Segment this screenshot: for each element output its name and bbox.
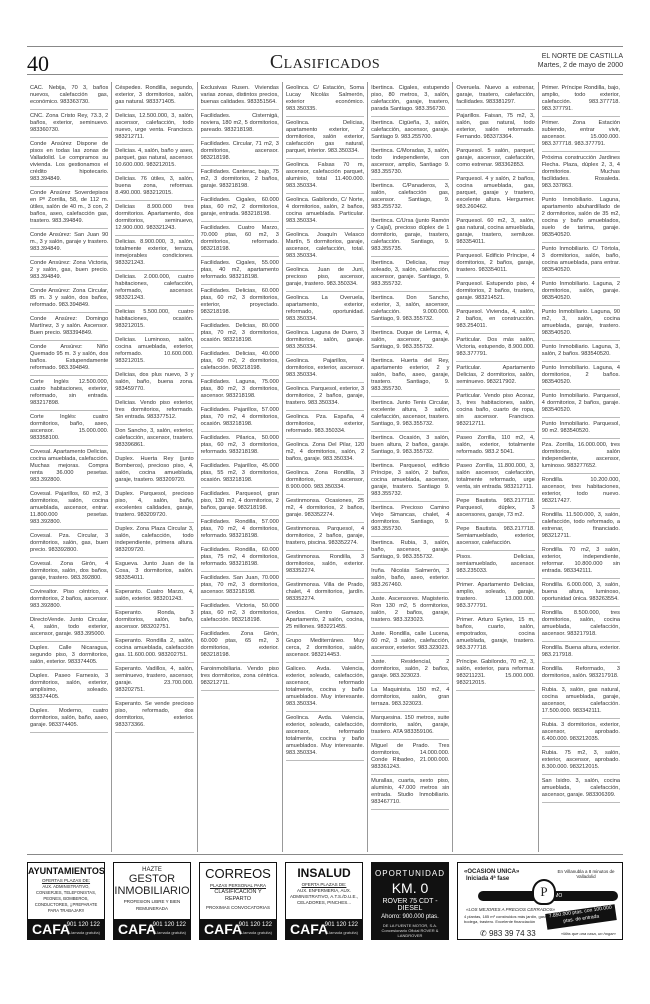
classified-ad: DirectoVende. Junto Circular, 4, salón, … — [30, 614, 108, 642]
cafa-footer: CAFA 901 120 122 (Llamada gratuita) — [114, 919, 190, 939]
ad-title: CORREOS — [200, 866, 276, 881]
classified-ad: Rubia. 75 m2, 3, salón, exterior, ascens… — [542, 747, 620, 775]
emblem-icon: P — [532, 879, 556, 905]
classified-ad: Pza. Zorrilla, 16.000.000, tres dormitor… — [542, 439, 620, 474]
classified-ad: Grupo Mediterráneo. Muy cerca, 2 dormito… — [286, 635, 364, 663]
classified-ad: Facilidades. Laguna, 75.000 ptas, 80 m2,… — [201, 376, 279, 404]
classified-ad: Primer. Príncipe Rondilla, bajo, amplio,… — [542, 82, 620, 117]
ad-footer: «Más que una casa, un hogar» — [561, 931, 616, 936]
masthead: EL NORTE DE CASTILLA Martes, 2 de mayo d… — [538, 52, 623, 70]
classified-ad: Delicias. 2.000.000, cuatro habitaciones… — [115, 271, 193, 306]
classified-ad: Pepe Bautista. 983.217718. Semiamueblado… — [456, 523, 534, 551]
classified-ad: Esperanto. Vadillos, 4, salón, seminuevo… — [115, 663, 193, 698]
classified-ad: Delicias. Vendo piso exterior, tres dorm… — [115, 397, 193, 425]
classified-ad: CAC. Nebija, 70 3, baños nuevos, calefac… — [30, 82, 108, 110]
classified-ad: Rondilla. 6.000.000, 3, salón, buena alt… — [542, 579, 620, 607]
classified-ad: Punto Inmobiliario. Laguna, 4 dormitorio… — [542, 362, 620, 390]
classified-ad: Geolinca. C/ Estación, Soma Lucay Nicolá… — [286, 82, 364, 117]
classified-ad: Geolinca. Joaquín Velasco Martín, 5 dorm… — [286, 229, 364, 264]
classified-ad: Galiceo. Avda. Valencia, exterior, solea… — [286, 663, 364, 712]
classified-ad: Pajarillos. Faisan, 75 m2, 3, salón, gas… — [456, 110, 534, 145]
classified-ad: Facilidades. San Juan, 70.000 ptas, 70 m… — [201, 572, 279, 600]
classified-ad: Geolinca. Gabilondo, C/ Norte, 4 dormito… — [286, 194, 364, 229]
classified-ad: Facilidades. Pilarica, 50.000 ptas, 60 m… — [201, 432, 279, 460]
ad-subtitle: OFERTAS PLAZAS DE: — [28, 878, 104, 883]
classified-ad: Parquesol. 4 y salón, 2 baños, cocina am… — [456, 173, 534, 215]
cafa-logo: CAFA — [32, 921, 70, 937]
ad-insalud: INSALUD OFERTA PLAZAS DE: AUX. ENFERMERI… — [285, 862, 363, 940]
classified-ad: Primer. Arturo Eyries, 15 m, baños, cuar… — [456, 614, 534, 656]
classified-ad: Geolinca. La Overuela, apartamento, exte… — [286, 292, 364, 327]
classified-ad: Primer. Zona Estación subiendo, entrar v… — [542, 117, 620, 152]
ad-saving: Ahorro: 900.000 ptas. — [372, 914, 448, 920]
classified-ad: Parquesol. Edificio Príncipe, 4 dormitor… — [456, 250, 534, 278]
classified-ad: Primer. Apartamento Delicias, amplio, so… — [456, 579, 534, 614]
classified-ad: Miguel de Prado. Tres dormitorios, 14.00… — [371, 740, 449, 775]
classified-ad: Céspedes. Rondilla, segundo, exterior, 3… — [115, 82, 193, 110]
classified-ad: CNC. Zona Cristo Rey, 73.3, 2 baños, ext… — [30, 110, 108, 138]
classified-ad: Conde Ansúrez Soverdepisos en Pº Zorrill… — [30, 187, 108, 229]
bottom-rule — [27, 854, 623, 855]
classified-ad: Facilidades. Pajarillos, 45.000 ptas, 55… — [201, 460, 279, 488]
ad-tagline: «LOS MEJORES A PRECIOS CERRADOS» — [466, 907, 555, 912]
ad-title: GESTOR — [114, 873, 190, 885]
classified-ad: Esperanto. Ronda, 3 dormitorios, salón, … — [115, 607, 193, 635]
classified-ad: San Isidro. 3, salón, cocina amueblada, … — [542, 775, 620, 803]
classified-ad: Delicias 5.500.000, cuatro habitaciones,… — [115, 306, 193, 334]
classified-ad: Duplex. Paseo Farnesio, 3 dormitorios, s… — [30, 670, 108, 705]
ad-phone-line: ✆ 983 39 74 33 — [480, 929, 536, 938]
ad-body: AUX. ADMINISTRATIVO, CONSERJES, TELEFONI… — [28, 884, 104, 914]
classified-ad: Duplex. Calle Nicaragua, segundo piso, 3… — [30, 642, 108, 670]
classified-ad: Ibertinca. Cigales, estupendo piso, 80 m… — [371, 82, 449, 117]
classified-ad: Paseo Zorrilla, 11.800.000, 3, salón asc… — [456, 460, 534, 495]
classified-ad: Juste. Residencial, 2 dormitorios, salón… — [371, 656, 449, 684]
classified-ad: Overuela. Nuevo a estrenar, garaje, tras… — [456, 82, 534, 110]
classified-ad: Geolinca. Zona Del Pilar, 120 m2, 4 dorm… — [286, 439, 364, 467]
display-ads: AYUNTAMIENTOS OFERTAS PLAZAS DE: AUX. AD… — [27, 862, 623, 942]
classified-ad: Geolinca. Laguna de Duero, 3 dormitorios… — [286, 327, 364, 355]
ad-body: AUX. ENFERMERIA, AUX. ADMINISTRATIVO, A.… — [286, 888, 362, 906]
classified-ad: Ibertinca. Cigüeña, 3, salón, calefacció… — [371, 117, 449, 145]
classified-ad: Facilidades. Delicias, 40.000 ptas, 60 m… — [201, 348, 279, 376]
top-rule — [27, 46, 623, 47]
classified-ad: Ibertinca. Ocasión, 3 salón, buen altura… — [371, 432, 449, 460]
classified-ad: Geolinca. Parquesol, exterior, 3 dormito… — [286, 383, 364, 411]
classified-ad: Ibertinca. C/Ursa (junto Ramón y Cajal),… — [371, 215, 449, 257]
classified-ad: Rondilla. Reformado, 3 dormitorios, saló… — [542, 663, 620, 684]
classified-ad: Duplex. Parquesol, precioso piso, 4, sal… — [115, 488, 193, 523]
ad-subheadline: Iniciada 4ª fase — [466, 876, 509, 882]
classified-ad: Rondilla. 10.200.000, ascensor, tres hab… — [542, 474, 620, 509]
cafa-footer: CAFA 901 120 122 (Llamada gratuita) — [286, 919, 362, 939]
classified-ad: Esperanto. Rondilla 2, salón, cocina amu… — [115, 635, 193, 663]
classified-column: Geolinca. C/ Estación, Soma Lucay Nicolá… — [283, 82, 368, 852]
ad-phone: 901 120 122 — [67, 922, 100, 928]
classified-ad: Facilidades. Parquesol, gran piso, 130 m… — [201, 488, 279, 516]
ad-title: AYUNTAMIENTOS — [28, 866, 104, 876]
ad-subtitle: OFERTA PLAZAS DE: — [286, 882, 362, 887]
classified-ad: Covesal. Apartamento Delicias, cocina am… — [30, 446, 108, 488]
ad-headline: KM. 0 — [372, 880, 448, 896]
classified-ad: Delicias, dos plus nuevo, 3 y salón, bañ… — [115, 369, 193, 397]
classified-ad: Facilidades. Cigales, 60.000 ptas, 60 m2… — [201, 194, 279, 222]
classified-ad: Facilidades. Cisternigá, noviera, 180 m2… — [201, 110, 279, 138]
classified-columns: CAC. Nebija, 70 3, baños nuevos, calefac… — [27, 82, 623, 852]
classified-ad: Facilidades. Delicias, 80.000 ptas, 70 m… — [201, 320, 279, 348]
classified-ad: Punto Inmobiliario. Laguna, 3, salón, 2 … — [542, 341, 620, 362]
classified-ad: Facilidades. Circular, 71 m2, 3 dormitor… — [201, 138, 279, 166]
classified-ad: Particular. Vendo piso Acoraz, 3, tres h… — [456, 390, 534, 432]
classified-ad: Duplex. Huerta Rey (junto Bomberos), pre… — [115, 453, 193, 488]
classified-ad: Esperanto. Cuatro Marzo, 4, salón, exter… — [115, 586, 193, 607]
ad-address: (Avda. Salamanca, 13. 983 400 400) — [372, 938, 448, 940]
classified-ad: Covesal. Pza. Circular, 3 dormitorios, s… — [30, 530, 108, 558]
classified-column: Overuela. Nuevo a estrenar, garaje, tras… — [453, 82, 538, 852]
classified-ad: Delicias. 4, salón, baño y aseo, parquet… — [115, 145, 193, 173]
classified-ad: Ibertinca. Delicias, muy soleado, 3, sal… — [371, 257, 449, 292]
header-rule — [27, 74, 623, 75]
classified-ad: Geolinca. Falsas 70 m, ascensor, calefac… — [286, 159, 364, 194]
classified-ad: Punto Inmobiliario. Parquesol, 90 m2. 98… — [542, 418, 620, 439]
classified-ad: Conde Ansúrez: San Juan 90 m., 3 y salón… — [30, 229, 108, 257]
classified-ad: Punto Inmobiliario. Laguna, apartamento … — [542, 194, 620, 243]
ad-body: PROFESION LIBRE Y BIEN REMUNERADA — [114, 898, 190, 912]
classified-ad: Delicias. 8.900.000, 3, salón, totalment… — [115, 236, 193, 271]
classified-ad: Facilidades. Cuatro Marzo, 70.000 ptas, … — [201, 222, 279, 257]
classified-ad: Parquesol. Vivienda, 4, salón, 2 baños, … — [456, 306, 534, 334]
ad-phone: 901 120 122 — [325, 922, 358, 928]
classified-ad: Facilidades. Delicias, 60.000 ptas, 60 m… — [201, 285, 279, 320]
classified-ad: Facilidades. Victoria, 50.000 ptas, 60 m… — [201, 600, 279, 628]
classified-ad: Juste. Ascensores. Magisterio. Ron 130 m… — [371, 593, 449, 628]
newspaper-name: EL NORTE DE CASTILLA — [538, 52, 623, 61]
classified-ad: Punto Inmobiliario. C/ Tórtola, 3 dormit… — [542, 243, 620, 278]
classified-ad: Conde Ansúrez Dispone de pisos en todas … — [30, 138, 108, 187]
classified-ad: Ibertinca. Precioso Camino Viejo Simanca… — [371, 502, 449, 537]
classified-ad: Delicias. Luminoso, salón, cocina amuebl… — [115, 334, 193, 369]
classified-ad: Punto Inmobiliario. Parquesol, 4 dormito… — [542, 390, 620, 418]
classified-ad: Corte Inglés: cuatro dormitorios, baño, … — [30, 411, 108, 446]
classified-ad: Rondilla. 11.500.000, 3, salón, calefacc… — [542, 509, 620, 544]
classified-column: Exclusivas Rusen. Viviendas varias zonas… — [198, 82, 283, 852]
classified-column: Céspedes. Rondilla, segundo, exterior, 3… — [112, 82, 197, 852]
classified-ad: Covirealtor. Piso céntrico, 4 dormitorio… — [30, 586, 108, 614]
classified-ad: Geolinca. Delicias, apartamento exterior… — [286, 117, 364, 159]
classified-ad: Conde Ansúrez: Zona Victoria, 2 y salón,… — [30, 257, 108, 285]
classified-ad: Ibertinca. Junto Tenis Circular, excelen… — [371, 397, 449, 432]
ad-phone: 901 120 122 — [153, 922, 186, 928]
classified-ad: Gestinmonsa. Villa de Prado, chalet, 4 d… — [286, 579, 364, 607]
classified-ad: Ibertinca. Huerta del Rey, apartamento e… — [371, 355, 449, 397]
classified-ad: Príncipe. Gabilondo, 70 m2, 3, salón, ex… — [456, 656, 534, 691]
cafa-footer: CAFA 901 120 122 (Llamada gratuita) — [200, 919, 276, 939]
classified-ad: Parquesol. 60 m2, 3, salón, gas natural,… — [456, 215, 534, 250]
classified-ad: Facilidades. Zona Girón, 60.000 ptas, 65… — [201, 628, 279, 663]
classified-ad: Rondilla. 70 m2, 3 salón, exterior, inde… — [542, 544, 620, 579]
ad-phone: 983 39 74 33 — [489, 929, 536, 938]
classified-ad: Gestinmonsa. Ocasiones, 25 m2, 4 dormito… — [286, 495, 364, 523]
section-title: Clasificados — [27, 51, 623, 74]
classified-ad: Ibertinca. Duque de Lerma, 4, salón, asc… — [371, 327, 449, 355]
classified-ad: Ibertinca. C/Panaderos, 3, salón, calefa… — [371, 180, 449, 215]
classified-ad: Próxima construcción Jardines Flecha. Pl… — [542, 152, 620, 194]
ad-body: CLASIFICACION Y REPARTO — [200, 889, 276, 903]
ad-price: 7.850.000 ptas. con 100.000 ptas. de ent… — [545, 904, 617, 930]
classified-ad: Rondilla. Buena altura, exterior. 983.21… — [542, 642, 620, 663]
classified-ad: Geolinca. Juan de Juni, precioso piso, a… — [286, 264, 364, 292]
classified-ad: Covesal. Pajarillos, 60 m2, 3 dormitorio… — [30, 488, 108, 530]
classified-ad: Corte Inglés 12.500.000, cuatro habitaci… — [30, 376, 108, 411]
classified-ad: Exclusivas Rusen. Viviendas varias zonas… — [201, 82, 279, 110]
classified-ad: Gestinmonsa. Rondilla, 3 dormitorios, sa… — [286, 551, 364, 579]
classified-ad: Geolinca. Avda. Valencia, exterior, sole… — [286, 712, 364, 761]
classified-ad: Facilidades. Rondilla, 60.000 ptas, 75 m… — [201, 544, 279, 572]
cafa-logo: CAFA — [204, 921, 242, 937]
ad-location: En Villanubla a 8 minutos de Valladolid — [556, 869, 616, 879]
classified-ad: Rubia. 3 dormitorios, exterior, ascensor… — [542, 719, 620, 747]
ad-correos: CORREOS PLAZAS PERSONAL PARA CLASIFICACI… — [199, 862, 277, 940]
ad-phone-note: (Llamada gratuita) — [326, 930, 358, 935]
cafa-footer: CAFA 901 120 122 (Llamada gratuita) — [28, 919, 104, 939]
ad-phone: 901 120 122 — [239, 922, 272, 928]
classified-ad: Ibertinca. Don Sancho, exterior, 3, saló… — [371, 292, 449, 327]
classified-ad: Facilidades. Cigales, 55.000 ptas, 40 m2… — [201, 257, 279, 285]
ad-subtitle: PLAZAS PERSONAL PARA — [200, 883, 276, 888]
classified-ad: Rondilla. 8.500.000, tres dormitorios, s… — [542, 607, 620, 642]
ad-phone-note: (Llamada gratuita) — [68, 930, 100, 935]
classified-ad: Covesal. Zona Girón, 4 dormitorios, saló… — [30, 558, 108, 586]
classified-ad: Parquesol. Estupendo piso, 4 dormitorios… — [456, 278, 534, 306]
classified-ad: Marquesina. 150 metros, suite dormitorio… — [371, 712, 449, 740]
classified-column: CAC. Nebija, 70 3, baños nuevos, calefac… — [27, 82, 112, 852]
classified-ad: Delicias 8.900.000 tres dormitorios. Apa… — [115, 201, 193, 236]
classified-ad: Ibertinca. Parquesol, edificio Príncipe,… — [371, 460, 449, 502]
classified-ad: Esperanto. Se vende precioso piso, refor… — [115, 698, 193, 733]
classified-column: Ibertinca. Cigales, estupendo piso, 80 m… — [368, 82, 453, 852]
classified-ad: Punto Inmobiliario. Laguna, 2 dormitorio… — [542, 278, 620, 306]
classified-ad: Conde Ansúrez: Domingo Martínez, 3 y sal… — [30, 313, 108, 341]
ad-title: OPORTUNIDAD — [372, 869, 448, 878]
ad-title-2: INMOBILIARIO — [114, 885, 190, 897]
classified-ad: Delicias, 12.500.000, 3, salón, ascensor… — [115, 110, 193, 145]
classified-ad: Faroinmobiliaria. Vendo piso tres dormit… — [201, 663, 279, 691]
ad-phone-note: (Llamada gratuita) — [240, 930, 272, 935]
ad-body-2: PROXIMAS CONVOCATORIAS — [200, 904, 276, 911]
classified-ad: Facilidades. Rondilla, 57.000 ptas, 70 m… — [201, 516, 279, 544]
ad-el-paramo: «OCASION UNICA» Iniciada 4ª fase En Vill… — [457, 862, 623, 940]
classified-ad: Pepe Bautista. 983.217718. Parquesol, dú… — [456, 495, 534, 523]
classified-ad: Delicias. 76 útiles, 3, salón, buena zon… — [115, 173, 193, 201]
ad-dealer-2: Concesionario Oficial ROVER & LANDROVER — [372, 928, 448, 938]
classified-ad: Juste. Rondilla, calle Lucena, 60 m2, 3 … — [371, 628, 449, 656]
classified-ad: Duplex. Zona Plaza Circular 3, salón, ca… — [115, 523, 193, 558]
classified-ad: Paseo Zorrilla, 110 m2, 4, salón, exteri… — [456, 432, 534, 460]
ad-model: ROVER 75 CDT - DIESEL — [372, 898, 448, 912]
classified-ad: La Maquinista. 150 m2, 4 dormitorios, sa… — [371, 684, 449, 712]
classified-ad: Pisos. Delicias, semiamueblado, ascensor… — [456, 551, 534, 579]
classified-ad: Geolinca. Zona Rondilla, 3 dormitorios, … — [286, 467, 364, 495]
classified-ad: Murallas, cuarta, sexto piso, aluminio, … — [371, 775, 449, 810]
page-header: 40 Clasificados EL NORTE DE CASTILLA Mar… — [27, 48, 623, 72]
classified-ad: Conde Ansúrez: Niño Quemado 95 m. 3 y sa… — [30, 341, 108, 376]
classified-ad: Gestinmonsa. Parquesol, 4 dormitorios, 2… — [286, 523, 364, 551]
ad-headline: «OCASION UNICA» — [464, 869, 519, 875]
classified-column: Primer. Príncipe Rondilla, bajo, amplio,… — [539, 82, 623, 852]
ad-gestor-inmobiliario: HAZTE GESTOR INMOBILIARIO PROFESION LIBR… — [113, 862, 191, 940]
classified-ad: Gredos. Centro Gamazo, Apartamento, 2 sa… — [286, 607, 364, 635]
classified-ad: Duplex. Moderno, cuatro dormitorios, sal… — [30, 705, 108, 733]
classified-ad: Ibertinca. C/Moradas, 3, salón, todo ind… — [371, 145, 449, 180]
classified-ad: Particular. Apartamento Delicias, 2 dorm… — [456, 362, 534, 390]
cafa-logo: CAFA — [118, 921, 156, 937]
phone-icon: ✆ — [480, 929, 487, 938]
classified-ad: Ibertinca. Rubia, 3, salón, baño, ascens… — [371, 537, 449, 565]
ad-ayuntamientos: AYUNTAMIENTOS OFERTAS PLAZAS DE: AUX. AD… — [27, 862, 105, 940]
classified-ad: Facilidades. Canterac, bajo, 75 m2, 3 do… — [201, 166, 279, 194]
issue-date: Martes, 2 de mayo de 2000 — [538, 61, 623, 70]
classified-ad: Don Sancho, 3, salón, exterior, calefacc… — [115, 425, 193, 453]
classified-ad: Facilidades. Pajarillos, 57.000 ptas, 70… — [201, 404, 279, 432]
classified-ad: Conde Ansúrez: Zona Circular, 85 m. 3 y … — [30, 285, 108, 313]
ad-phone-note: (Llamada gratuita) — [154, 930, 186, 935]
classified-ad: Esgueva. Junto Juan de la Cosa, 3 dormit… — [115, 558, 193, 586]
classified-ad: Rubia. 3, salón, gas natural, cocina amu… — [542, 684, 620, 719]
cafa-logo: CAFA — [290, 921, 328, 937]
classified-ad: Geolinca. Pza. España, 4 dormitorios, ex… — [286, 411, 364, 439]
ad-oportunidad-km0: OPORTUNIDAD KM. 0 ROVER 75 CDT - DIESEL … — [371, 862, 449, 940]
ad-title: INSALUD — [286, 866, 362, 880]
classified-ad: Geolinca. Pajarillos, 4 dormitorios, ext… — [286, 355, 364, 383]
classified-ad: Iruña. Nicolás Salmerón, 3 salón, baño, … — [371, 565, 449, 593]
classified-ad: Particular. Dos más salón, Victoria, est… — [456, 334, 534, 362]
classified-ad: Parquesol. 5 salón, parquet, garaje, asc… — [456, 145, 534, 173]
classified-ad: Punto Inmobiliario. Laguna, 90 m2, 3, sa… — [542, 306, 620, 341]
